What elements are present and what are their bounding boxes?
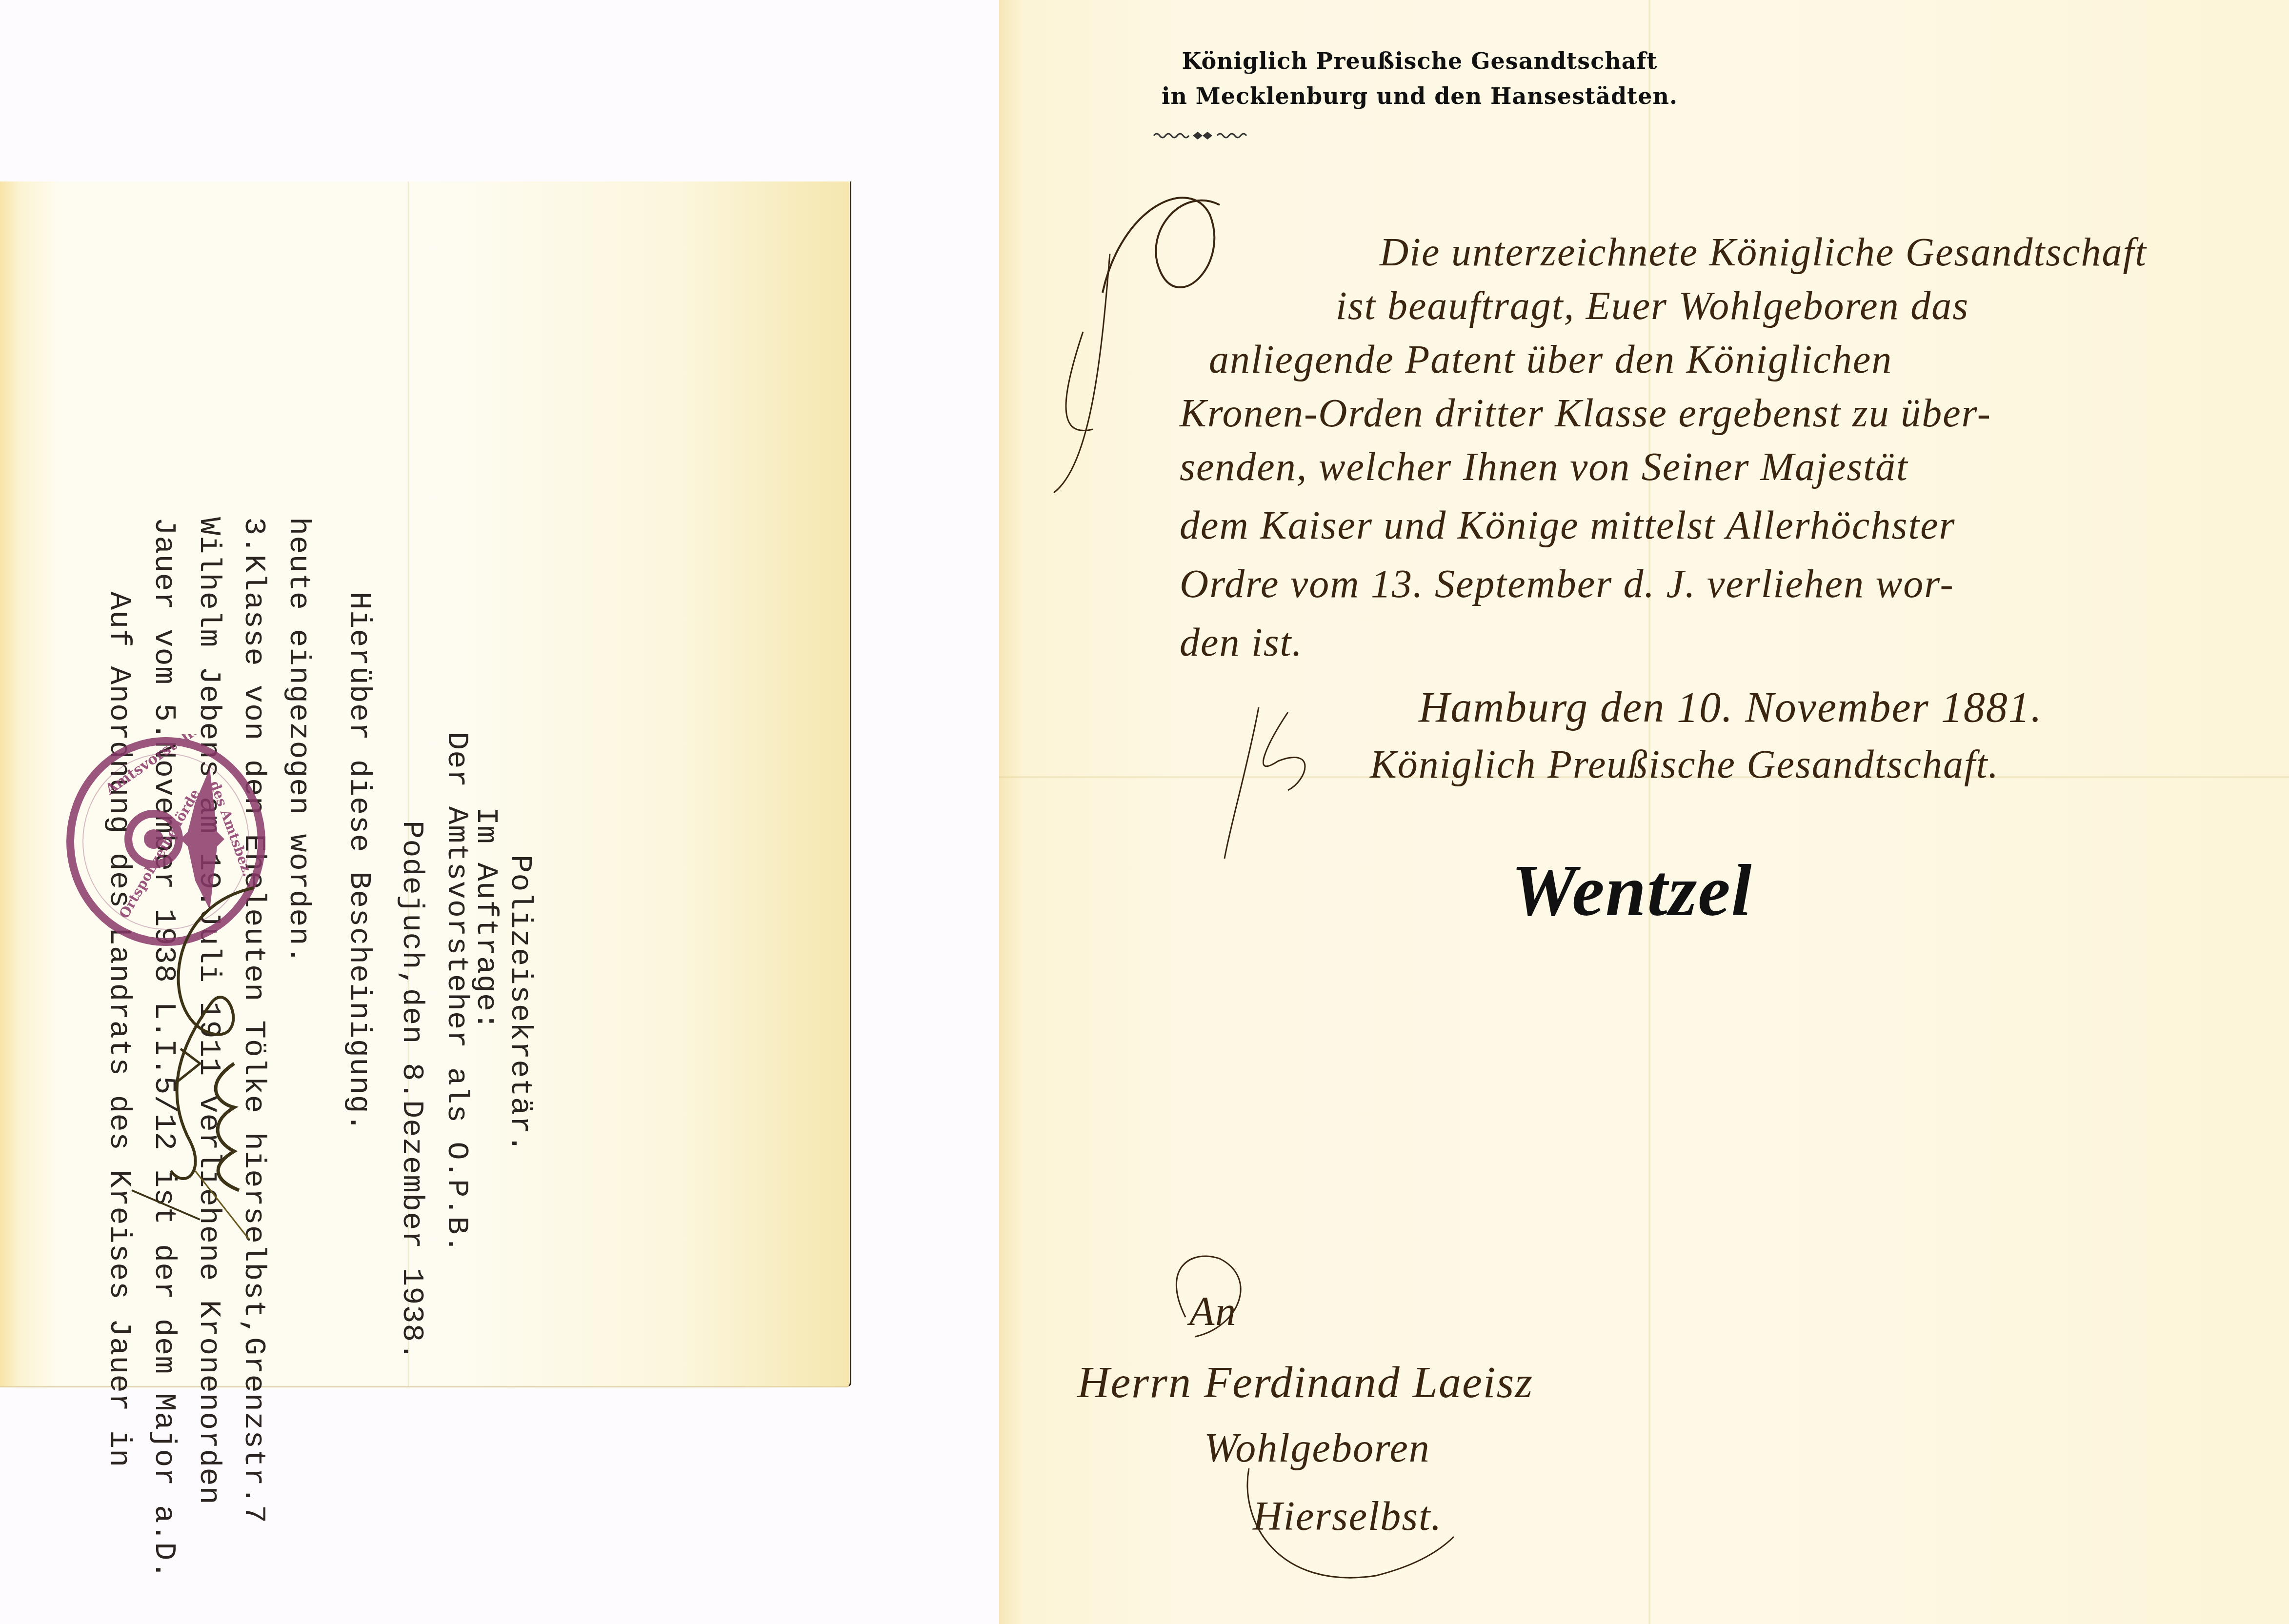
- address-line-2: Herrn Ferdinand Laeisz: [1077, 1356, 1533, 1408]
- signature-right: Wentzel: [1511, 849, 1753, 933]
- letterhead-line-2: in Mecklenburg und den Hansestädten.: [775, 83, 2065, 109]
- address-line-4: Hierselbst.: [1253, 1493, 1442, 1540]
- body-line-1: Die unterzeichnete Königliche Gesandtsch…: [1380, 229, 2147, 275]
- right-document-1881-letter: Königlich Preußische Gesandtschaft in Me…: [999, 0, 2289, 1624]
- body-line-8: den ist.: [1180, 620, 1303, 665]
- signatory-rank: Polizeisekretär.: [503, 855, 538, 1153]
- body-line-4: Kronen-Orden dritter Klasse ergebenst zu…: [1180, 390, 1991, 436]
- letterhead-line-1: Königlich Preußische Gesandtschaft: [775, 48, 2065, 74]
- body-line-7: Ordre vom 13. September d. J. verliehen …: [1180, 561, 1954, 607]
- place-date-line: Hamburg den 10. November 1881.: [1419, 683, 2043, 732]
- body-line-3: anliegende Patent über den Königlichen: [1209, 337, 1892, 382]
- address-line-3: Wohlgeboren: [1204, 1424, 1430, 1472]
- on-behalf: Im Auftrage:: [469, 807, 503, 1030]
- body-line-5: senden, welcher Ihnen von Seiner Majestä…: [1180, 444, 1908, 490]
- body-line-2: ist beauftragt, Euer Wohlgeboren das: [1336, 283, 1969, 329]
- signature-left: [88, 878, 322, 1249]
- closing-line: Königlich Preußische Gesandtschaft.: [1370, 742, 1999, 787]
- place-date: Podejuch,den 8.Dezember 1938.: [395, 821, 429, 1361]
- certification-line: Hierüber diese Bescheinigung.: [342, 517, 377, 1132]
- address-line-1: An: [1189, 1288, 1237, 1335]
- body-line-6: dem Kaiser und Könige mittelst Allerhöch…: [1180, 502, 1956, 548]
